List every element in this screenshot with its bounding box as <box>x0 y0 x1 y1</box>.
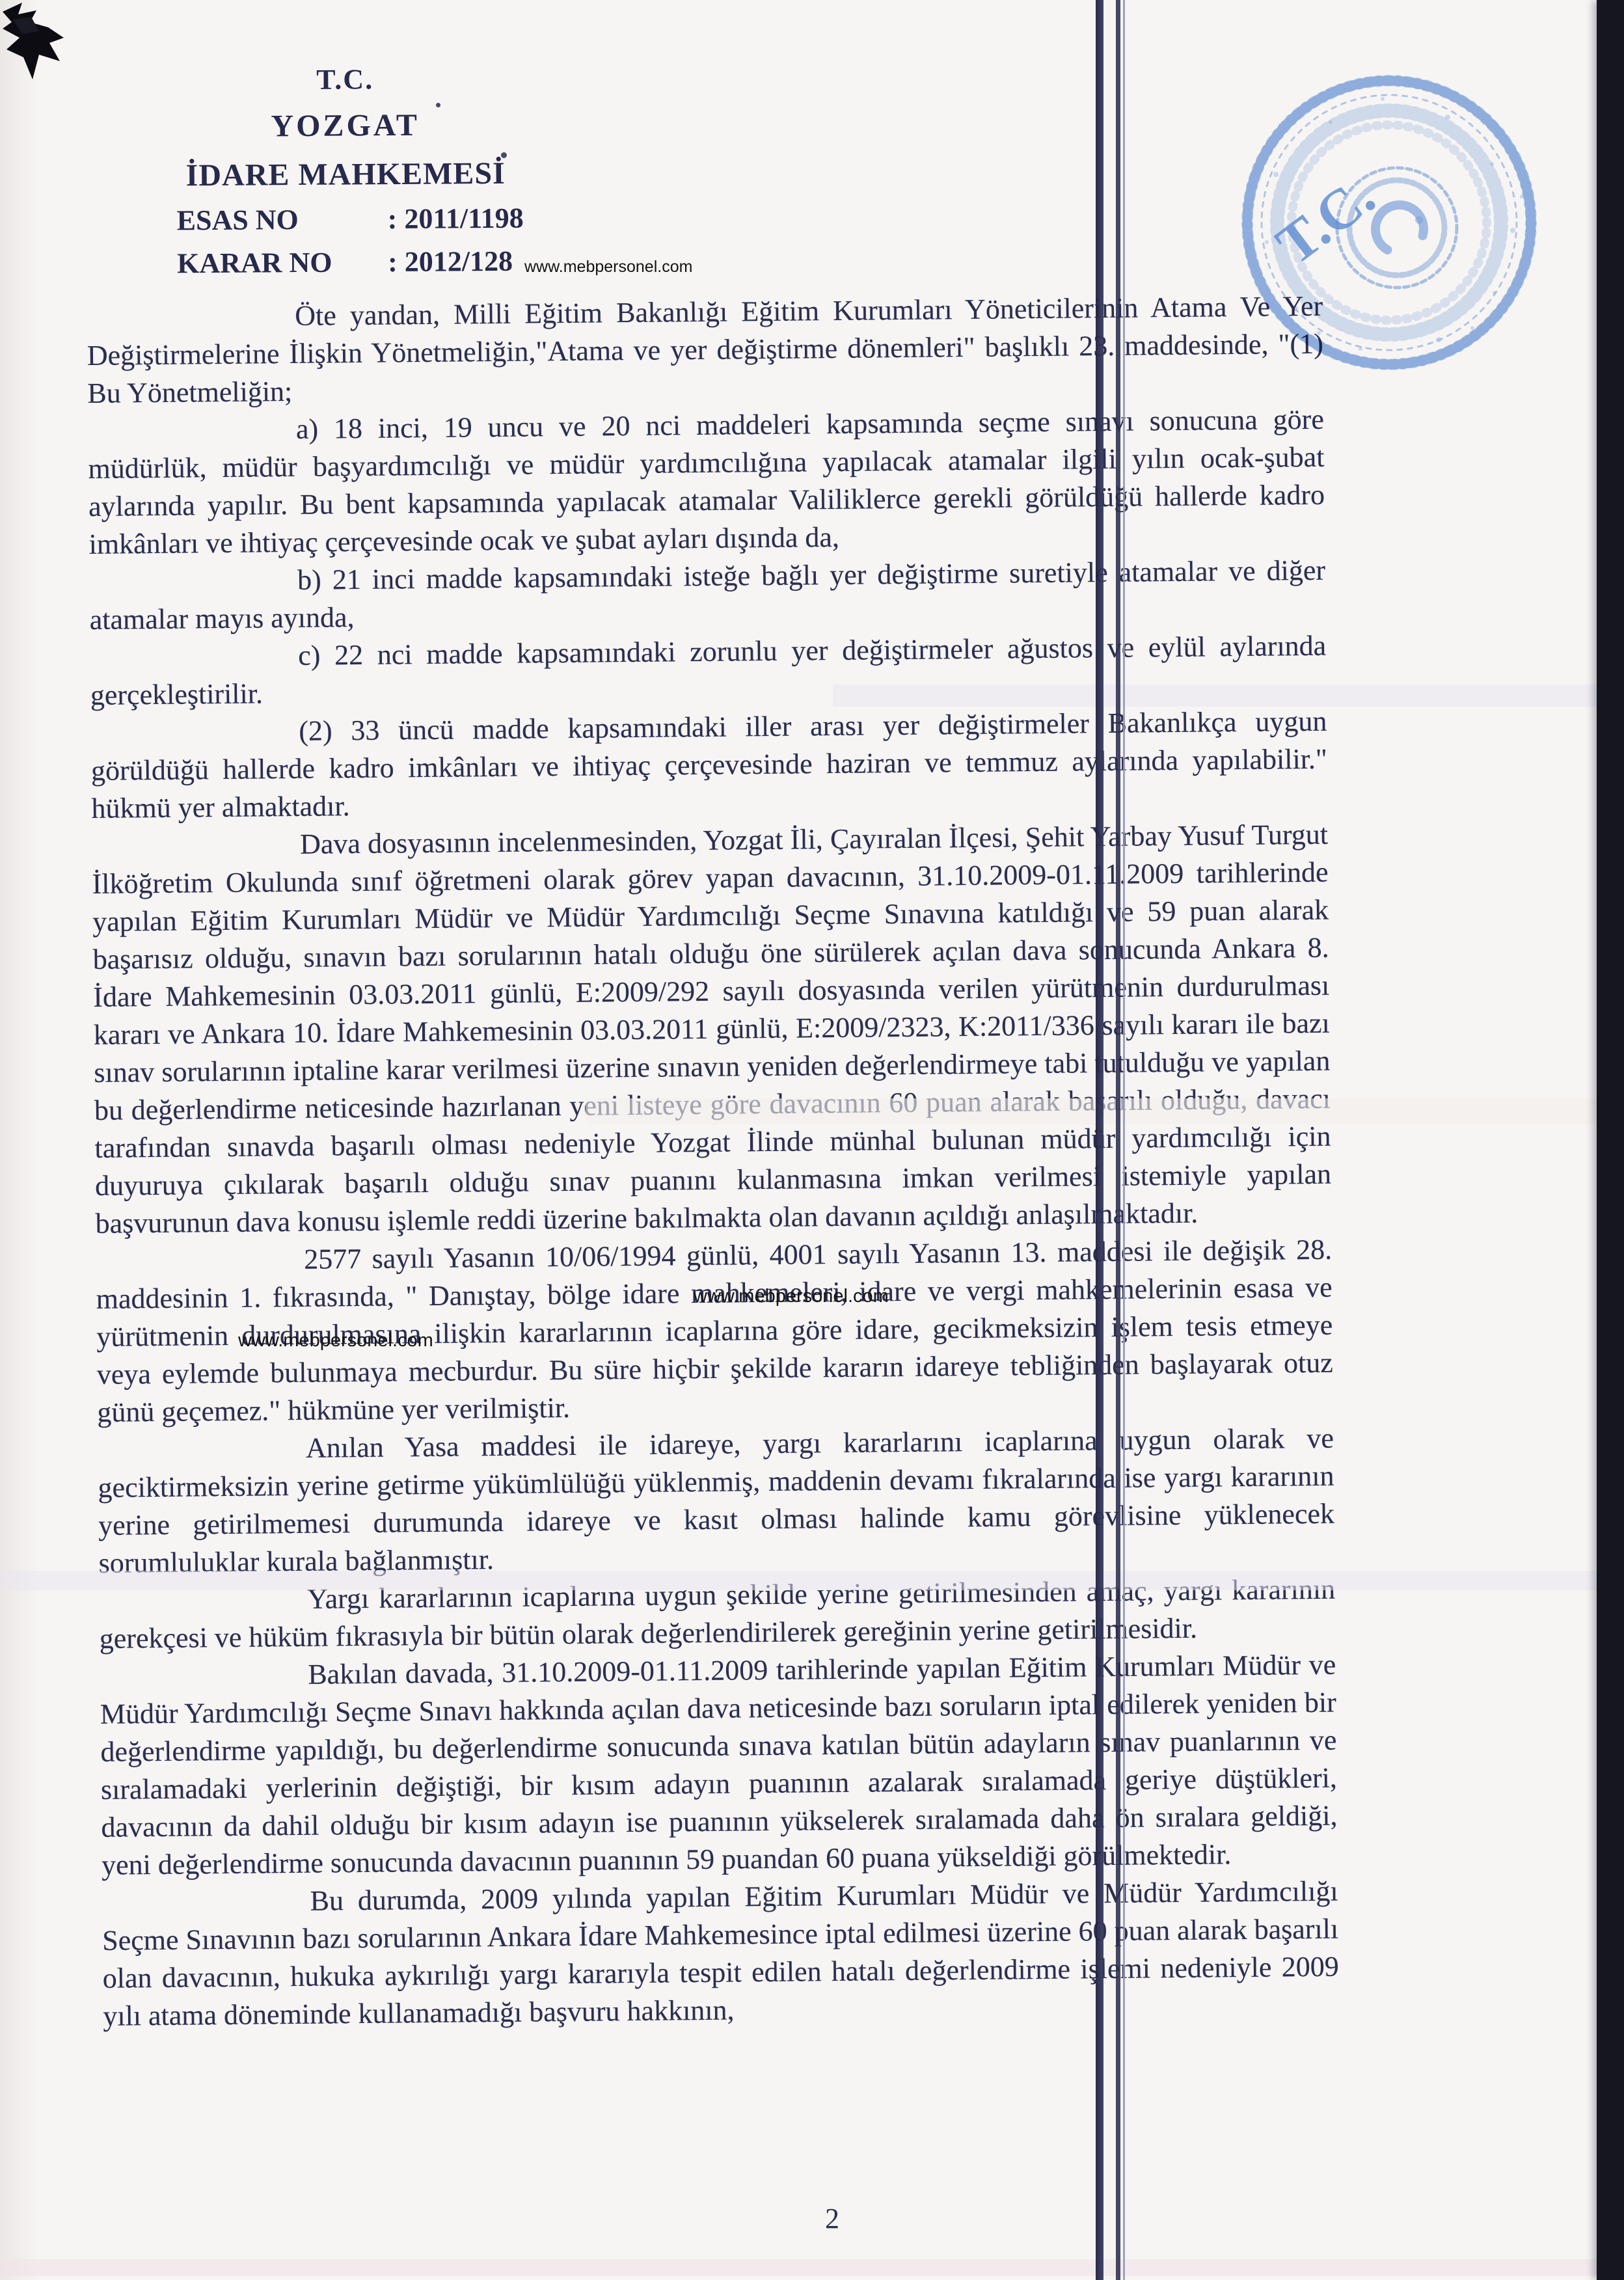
body-paragraph: b) 21 inci madde kapsamındaki isteğe bağ… <box>89 552 1326 639</box>
fold-line <box>1096 0 1103 2280</box>
watermark-text: www.mebpersonel.com <box>238 1330 433 1351</box>
fold-line <box>1116 0 1120 2280</box>
header-court-name: İDARE MAHKEMESİ <box>118 153 573 197</box>
body-paragraph: c) 22 nci madde kapsamındaki zorunlu yer… <box>90 627 1327 714</box>
body-paragraph: Bu durumda, 2009 yılında yapılan Eğitim … <box>101 1873 1339 2035</box>
scanned-court-document-page: T.C. YOZGAT İDARE MAHKEMESİ ESAS NO : 20… <box>0 0 1624 2280</box>
body-paragraph: Dava dosyasının incelenmesinden, Yozgat … <box>92 816 1332 1243</box>
scan-dark-edge-band <box>1597 0 1624 2280</box>
body-paragraph: (2) 33 üncü madde kapsamındaki iller ara… <box>90 703 1328 828</box>
decision-number-row: KARAR NO : 2012/128 <box>118 243 574 282</box>
header-city: YOZGAT <box>117 103 573 148</box>
ink-blot <box>0 0 78 91</box>
case-number-label: ESAS NO <box>177 204 299 236</box>
ink-speck <box>436 103 440 107</box>
scan-edge-shading <box>0 0 39 2280</box>
watermark-text: www.mebpersonel.com <box>524 258 692 277</box>
document-body: Öte yandan, Milli Eğitim Bakanlığı Eğiti… <box>87 288 1340 2035</box>
case-number-row: ESAS NO : 2011/1198 <box>118 200 574 239</box>
fold-line <box>1123 0 1125 2280</box>
page-number: 2 <box>825 2202 839 2235</box>
decision-number-label: KARAR NO <box>177 247 332 280</box>
body-paragraph: Yargı kararlarının icaplarına uygun şeki… <box>99 1571 1336 1658</box>
document-header: T.C. YOZGAT İDARE MAHKEMESİ ESAS NO : 20… <box>117 59 574 282</box>
body-paragraph: Bakılan davada, 31.10.2009-01.11.2009 ta… <box>100 1646 1338 1884</box>
scan-artifact-streak <box>0 2259 1598 2276</box>
body-paragraph: Anılan Yasa maddesi ile idareye, yargı k… <box>98 1420 1335 1582</box>
case-number-value: : 2011/1198 <box>387 200 523 238</box>
ink-speck <box>501 152 507 158</box>
official-round-stamp: T.C. <box>1233 60 1545 385</box>
header-country: T.C. <box>117 59 573 100</box>
body-paragraph: a) 18 inci, 19 uncu ve 20 nci maddeleri … <box>88 401 1325 563</box>
body-paragraph: Öte yandan, Milli Eğitim Bakanlığı Eğiti… <box>87 288 1324 413</box>
decision-number-value: : 2012/128 <box>388 243 513 280</box>
watermark-text: www.mebpersonel.com <box>694 1286 889 1307</box>
